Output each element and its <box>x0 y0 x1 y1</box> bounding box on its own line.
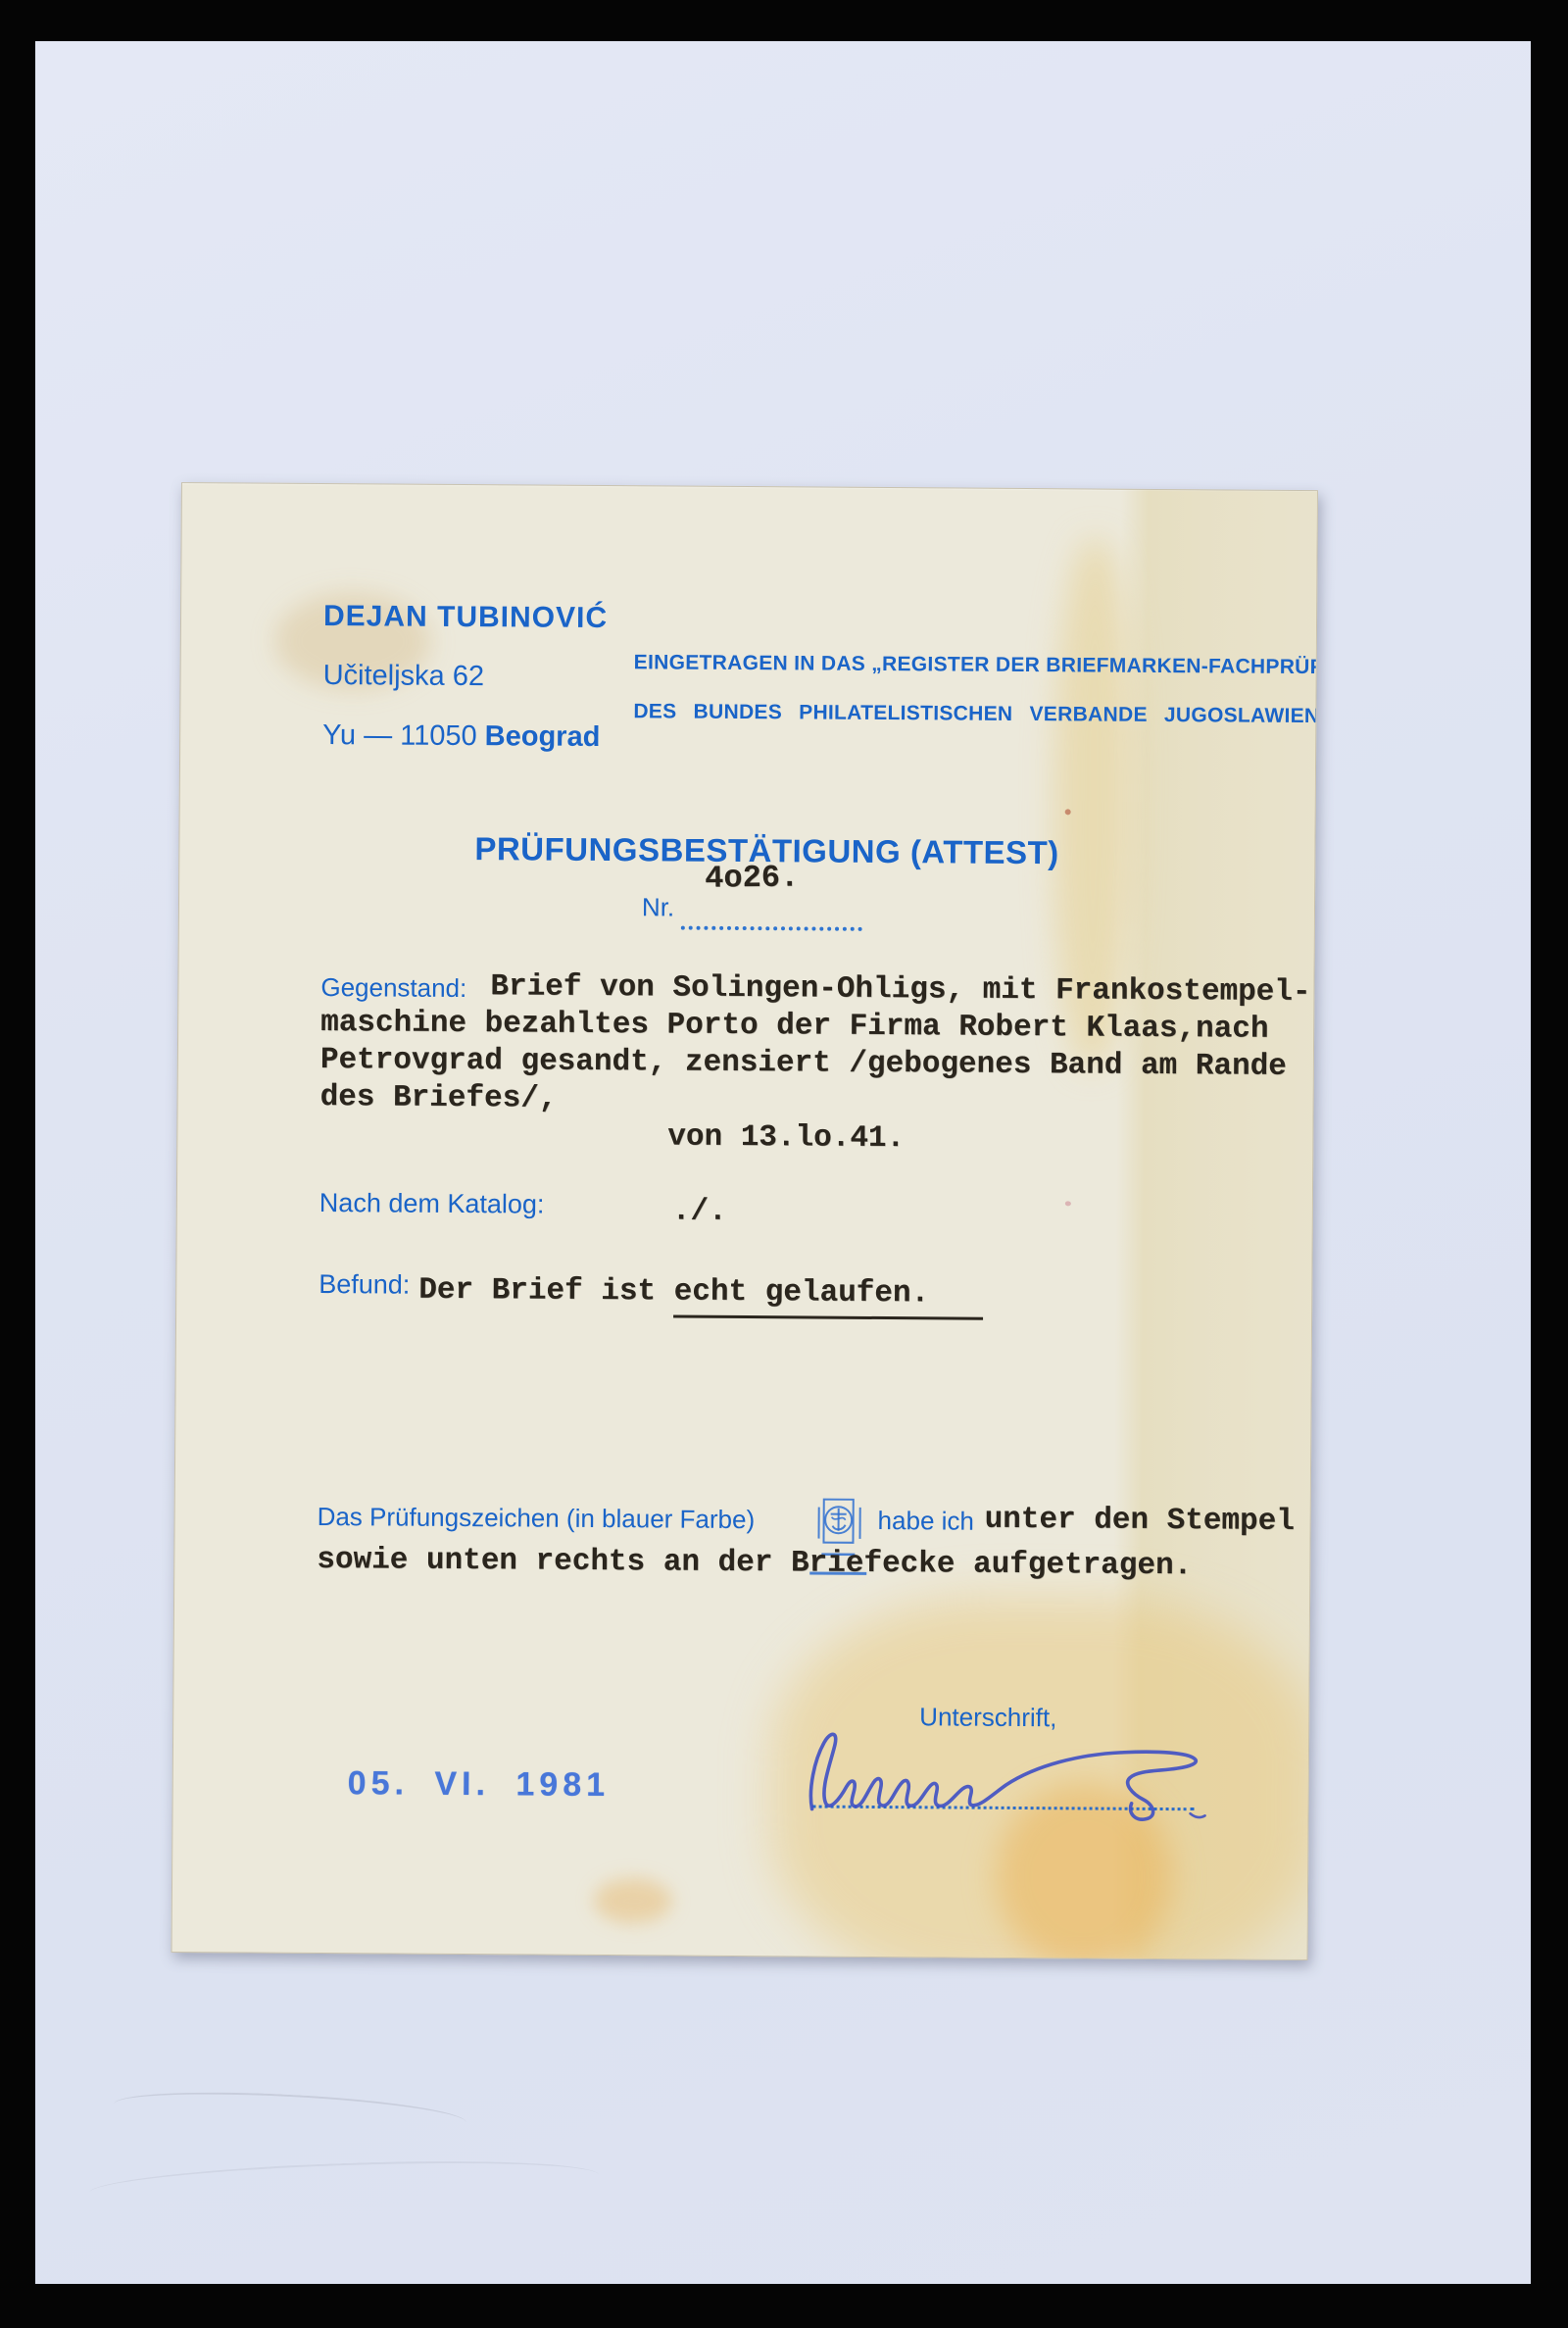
pruefungszeichen-text-before: Das Prüfungszeichen (in blauer Farbe) <box>318 1502 756 1535</box>
gegenstand-line: maschine bezahltes Porto der Firma Rober… <box>320 1006 1269 1047</box>
registry-line-2: DES BUNDES PHILATELISTISCHEN VERBANDE JU… <box>633 700 1318 728</box>
letterhead-name: DEJAN TUBINOVIĆ <box>323 600 608 635</box>
certificate-number: 4o26. <box>705 860 799 897</box>
letterhead-city: Beograd <box>485 720 601 753</box>
photo-frame: DEJAN TUBINOVIĆ Učiteljska 62 Yu — 11050… <box>0 0 1568 2328</box>
gegenstand-date-line: von 13.lo.41. <box>667 1119 905 1156</box>
katalog-label: Nach dem Katalog: <box>319 1188 545 1220</box>
pruefungszeichen-black-line-1: unter den Stempel <box>985 1503 1296 1539</box>
pencil-smudge <box>113 2086 466 2142</box>
signature-icon <box>800 1714 1232 1835</box>
befund-text-underlined: echt gelaufen. <box>674 1275 984 1320</box>
pencil-smudge <box>88 2155 599 2213</box>
letterhead-city-line: Yu — 11050 Beograd <box>322 719 600 754</box>
gegenstand-line: Brief von Solingen-Ohligs, mit Frankoste… <box>490 969 1310 1010</box>
pruefungszeichen-text-after: habe ich <box>878 1506 975 1537</box>
letterhead-postal: Yu — 11050 <box>322 719 485 752</box>
album-page: DEJAN TUBINOVIĆ Učiteljska 62 Yu — 11050… <box>35 41 1531 2284</box>
paper-stain <box>594 1878 672 1924</box>
stamp-box-underline <box>809 1553 866 1575</box>
gegenstand-line: Petrovgrad gesandt, zensiert /gebogenes … <box>320 1043 1287 1084</box>
gegenstand-label: Gegenstand: <box>320 972 466 1004</box>
letterhead-street: Učiteljska 62 <box>323 660 485 693</box>
date-stamp: 05. VI. 1981 <box>348 1764 611 1805</box>
katalog-value: ./. <box>672 1195 727 1229</box>
nr-dotted-line <box>681 895 862 931</box>
befund-label: Befund: <box>318 1269 410 1301</box>
certificate-paper: DEJAN TUBINOVIĆ Učiteljska 62 Yu — 11050… <box>171 482 1318 1960</box>
gegenstand-line: des Briefes/, <box>320 1080 558 1116</box>
paper-speck <box>1065 1201 1071 1206</box>
befund-finding: Der Brief ist echt gelaufen. <box>418 1273 983 1312</box>
pruefungszeichen-black-line-2: sowie unten rechts an der Briefecke aufg… <box>317 1543 1192 1583</box>
befund-text-plain: Der Brief ist <box>418 1273 674 1310</box>
registry-line-1: EINGETRAGEN IN DAS „REGISTER DER BRIEFMA… <box>634 651 1318 679</box>
nr-label: Nr. <box>642 892 674 922</box>
paper-speck <box>1065 809 1071 815</box>
